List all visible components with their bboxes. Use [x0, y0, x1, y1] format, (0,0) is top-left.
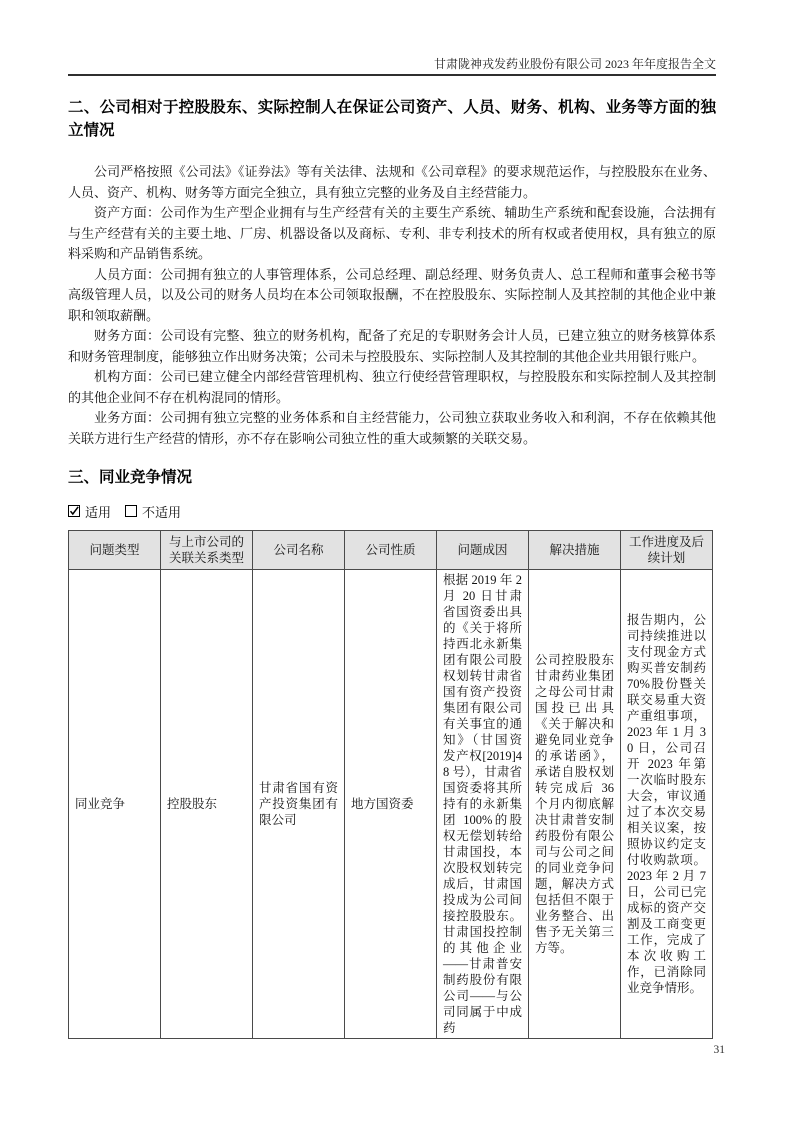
header-divider	[68, 74, 716, 76]
section-title-independence: 二、公司相对于控股股东、实际控制人在保证公司资产、人员、财务、机构、业务等方面的…	[68, 96, 716, 142]
table-header-row: 问题类型 与上市公司的关联关系类型 公司名称 公司性质 问题成因 解决措施 工作…	[69, 531, 713, 570]
col-header-relation-type: 与上市公司的关联关系类型	[161, 531, 253, 570]
checked-checkbox-icon	[68, 504, 80, 521]
report-page: 甘肃陇神戎发药业股份有限公司 2023 年年度报告全文 二、公司相对于控股股东、…	[0, 0, 793, 1122]
competition-table: 问题类型 与上市公司的关联关系类型 公司名称 公司性质 问题成因 解决措施 工作…	[68, 530, 713, 1039]
col-header-company-nature: 公司性质	[345, 531, 437, 570]
applicable-label: 适用	[85, 504, 111, 521]
section-title-competition: 三、同业竞争情况	[68, 466, 716, 489]
cell-solution: 公司控股股东甘肃药业集团之母公司甘肃国投已出具《关于解决和避免同业竞争的承诺函》…	[529, 570, 621, 1039]
paragraph-overview: 公司严格按照《公司法》《证券法》等有关法律、法规和《公司章程》的要求规范运作，与…	[68, 162, 716, 203]
cell-company-name: 甘肃省国有资产投资集团有限公司	[253, 570, 345, 1039]
col-header-issue-type: 问题类型	[69, 531, 161, 570]
cell-issue-type: 同业竞争	[69, 570, 161, 1039]
paragraph-business: 业务方面：公司拥有独立完整的业务体系和自主经营能力，公司独立获取业务收入和利润，…	[68, 408, 716, 449]
applicability-line: 适用 不适用	[68, 504, 716, 521]
paragraph-organization: 机构方面：公司已建立健全内部经营管理机构、独立行使经营管理职权，与控股股东和实际…	[68, 367, 716, 408]
col-header-solution: 解决措施	[529, 531, 621, 570]
cell-company-nature: 地方国资委	[345, 570, 437, 1039]
not-applicable-label: 不适用	[142, 504, 181, 521]
cell-progress: 报告期内，公司持续推进以支付现金方式购买普安制药70%股份暨关联交易重大资产重组…	[621, 570, 713, 1039]
table-row: 同业竞争 控股股东 甘肃省国有资产投资集团有限公司 地方国资委 根据 2019 …	[69, 570, 713, 1039]
paragraph-personnel: 人员方面：公司拥有独立的人事管理体系，公司总经理、副总经理、财务负责人、总工程师…	[68, 265, 716, 327]
paragraph-assets: 资产方面：公司作为生产型企业拥有与生产经营有关的主要生产系统、辅助生产系统和配套…	[68, 203, 716, 265]
page-number: 31	[714, 1044, 726, 1056]
col-header-progress: 工作进度及后续计划	[621, 531, 713, 570]
independence-paragraphs: 公司严格按照《公司法》《证券法》等有关法律、法规和《公司章程》的要求规范运作，与…	[68, 162, 716, 449]
cell-relation-type: 控股股东	[161, 570, 253, 1039]
cell-cause: 根据 2019 年 2 月 20 日甘肃省国资委出具的《关于将所持西北永新集团有…	[437, 570, 529, 1039]
document-header-title: 甘肃陇神戎发药业股份有限公司 2023 年年度报告全文	[68, 0, 716, 72]
paragraph-finance: 财务方面：公司设有完整、独立的财务机构，配备了充足的专职财务会计人员，已建立独立…	[68, 326, 716, 367]
unchecked-checkbox-icon	[125, 504, 137, 521]
col-header-company-name: 公司名称	[253, 531, 345, 570]
col-header-cause: 问题成因	[437, 531, 529, 570]
